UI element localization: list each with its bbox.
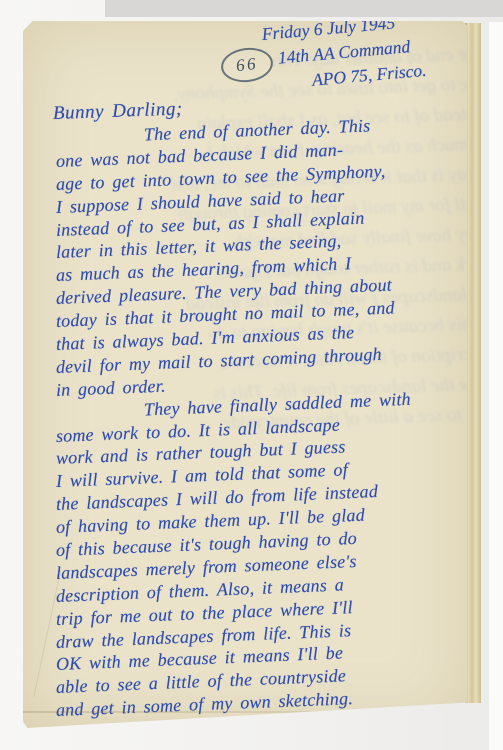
page-stack-edge: [465, 23, 481, 703]
photo-background: The end of another day. Thisage to get i…: [0, 0, 503, 750]
salutation: Bunny Darling;: [53, 98, 183, 125]
letter-heading: Friday 6 July 1945 14th AA Command APO 7…: [261, 21, 427, 95]
background-white-strip: [489, 22, 503, 750]
letter-page: The end of another day. Thisage to get i…: [23, 21, 467, 728]
paper-crease-horizontal: [23, 711, 467, 713]
page-number: 66: [235, 54, 259, 77]
address-line: APO 75, Frisco.: [311, 60, 427, 91]
background-grey-band: [105, 0, 503, 17]
letter-body: The end of another day. Thisone was not …: [56, 127, 467, 722]
